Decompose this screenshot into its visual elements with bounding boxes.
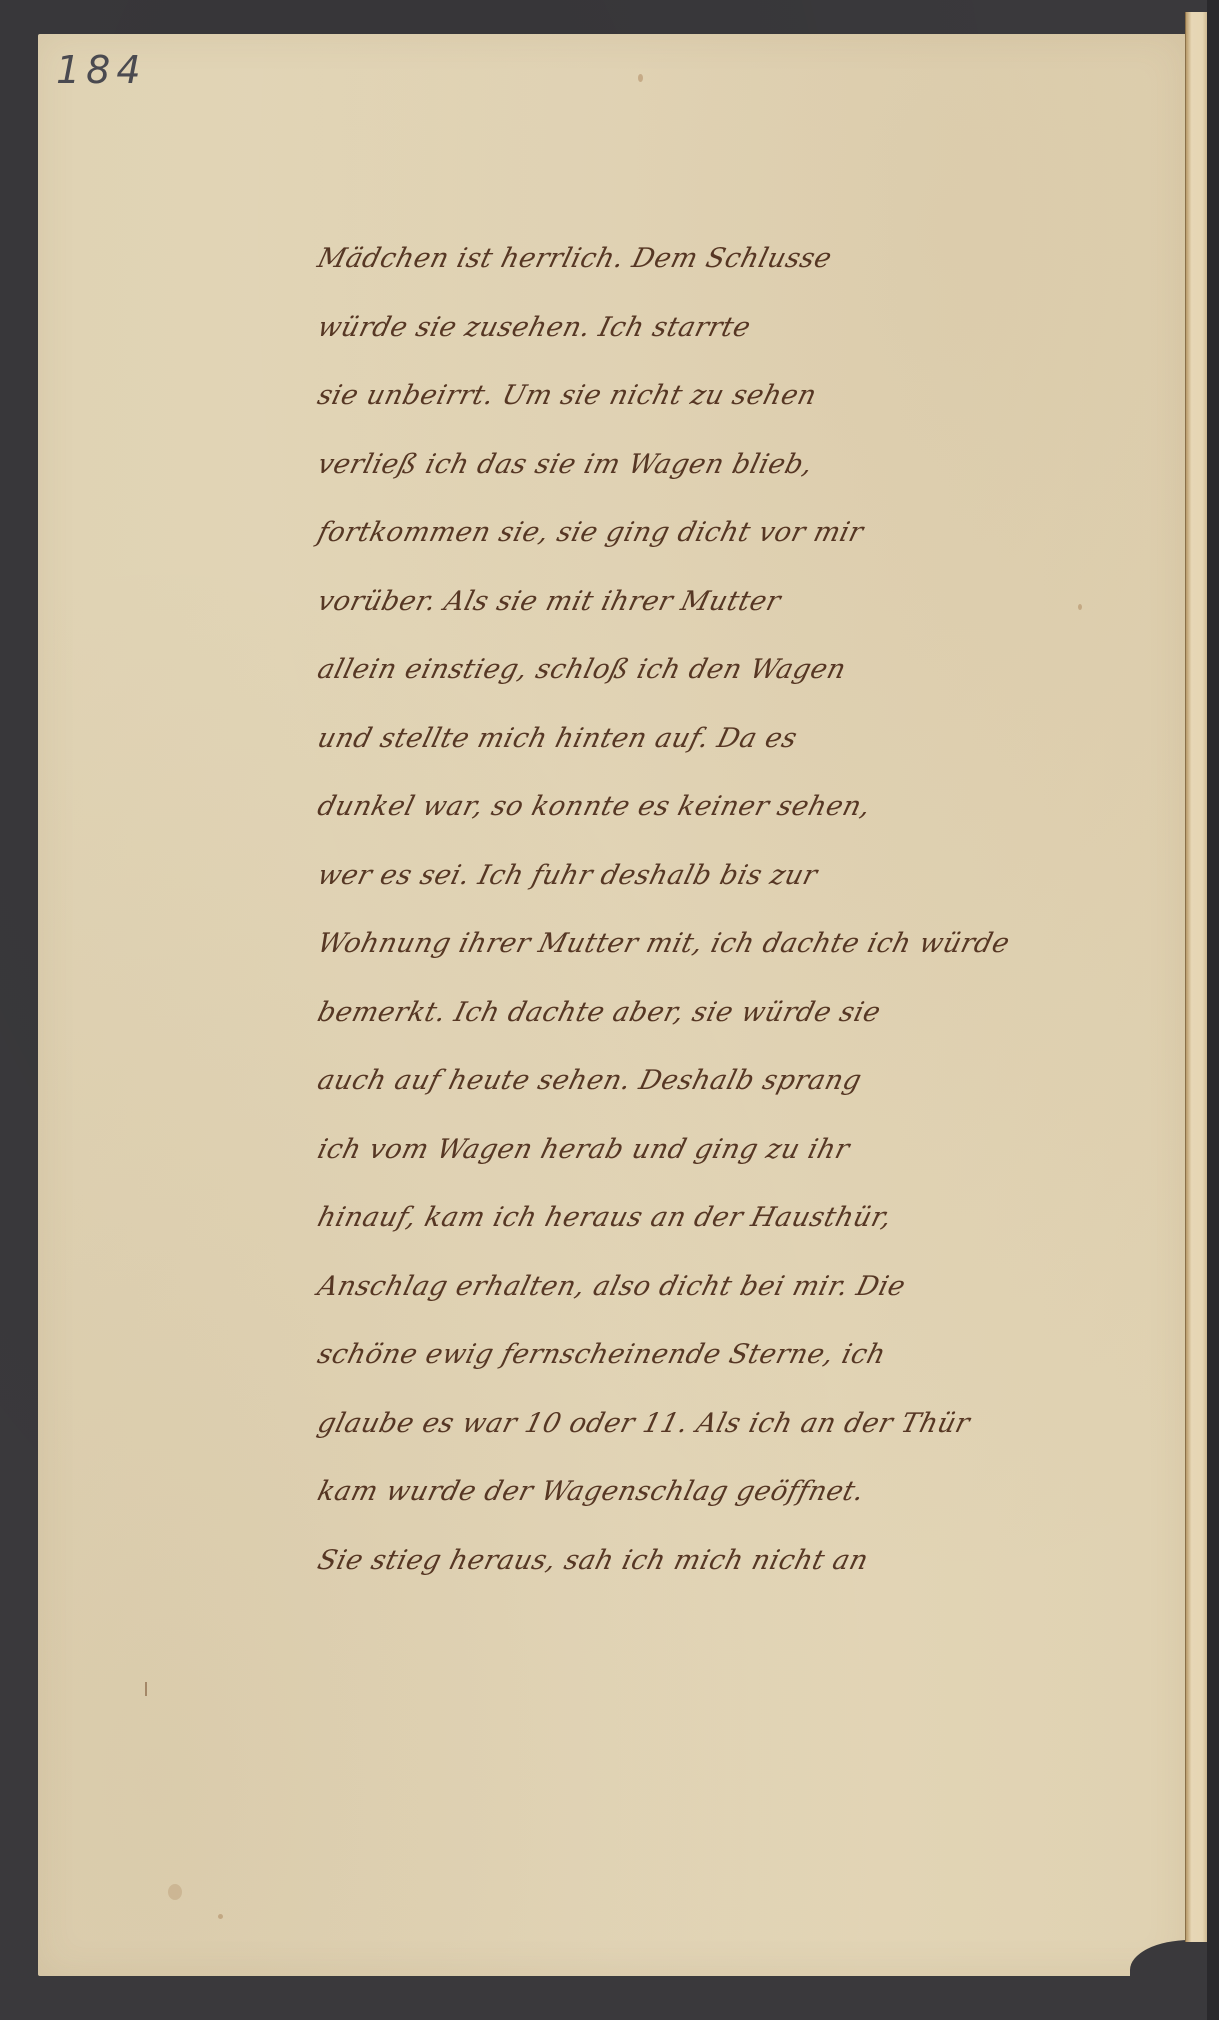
text-line: hinauf, kam ich heraus an der Hausthür, [309, 1184, 1086, 1253]
text-line: glaube es war 10 oder 11. Als ich an der… [309, 1390, 1086, 1459]
text-line: kam wurde der Wagenschlag geöffnet. [309, 1458, 1086, 1527]
binding-shadow [1207, 0, 1219, 2020]
paper-stain [1078, 604, 1082, 610]
paper-stain [168, 1884, 182, 1900]
text-line: und stellte mich hinten auf. Da es [309, 705, 1086, 774]
text-line: wer es sei. Ich fuhr deshalb bis zur [309, 842, 1086, 911]
paper-stain [638, 74, 643, 82]
text-line: Sie stieg heraus, sah ich mich nicht an [309, 1527, 1086, 1596]
text-line: auch auf heute sehen. Deshalb sprang [309, 1047, 1086, 1116]
text-line: bemerkt. Ich dachte aber, sie würde sie [309, 979, 1086, 1048]
text-line: würde sie zusehen. Ich starrte [309, 294, 1086, 363]
text-line: Mädchen ist herrlich. Dem Schlusse [309, 225, 1086, 294]
margin-mark [145, 1682, 147, 1696]
text-line: Anschlag erhalten, also dicht bei mir. D… [309, 1253, 1086, 1322]
text-line: ich vom Wagen herab und ging zu ihr [309, 1116, 1086, 1185]
text-line: fortkommen sie, sie ging dicht vor mir [309, 499, 1086, 568]
text-line: allein einstieg, schloß ich den Wagen [309, 636, 1086, 705]
handwritten-text-block: Mädchen ist herrlich. Dem Schlusse würde… [318, 225, 1078, 1595]
paper-stain [218, 1914, 223, 1919]
text-line: dunkel war, so konnte es keiner sehen, [309, 773, 1086, 842]
binding-edge [1185, 12, 1208, 1942]
text-line: vorüber. Als sie mit ihrer Mutter [309, 568, 1086, 637]
text-line: Wohnung ihrer Mutter mit, ich dachte ich… [309, 910, 1086, 979]
folio-number: 184 [56, 48, 147, 92]
text-line: schöne ewig fernscheinende Sterne, ich [309, 1321, 1086, 1390]
text-line: sie unbeirrt. Um sie nicht zu sehen [309, 362, 1086, 431]
text-line: verließ ich das sie im Wagen blieb, [309, 431, 1086, 500]
